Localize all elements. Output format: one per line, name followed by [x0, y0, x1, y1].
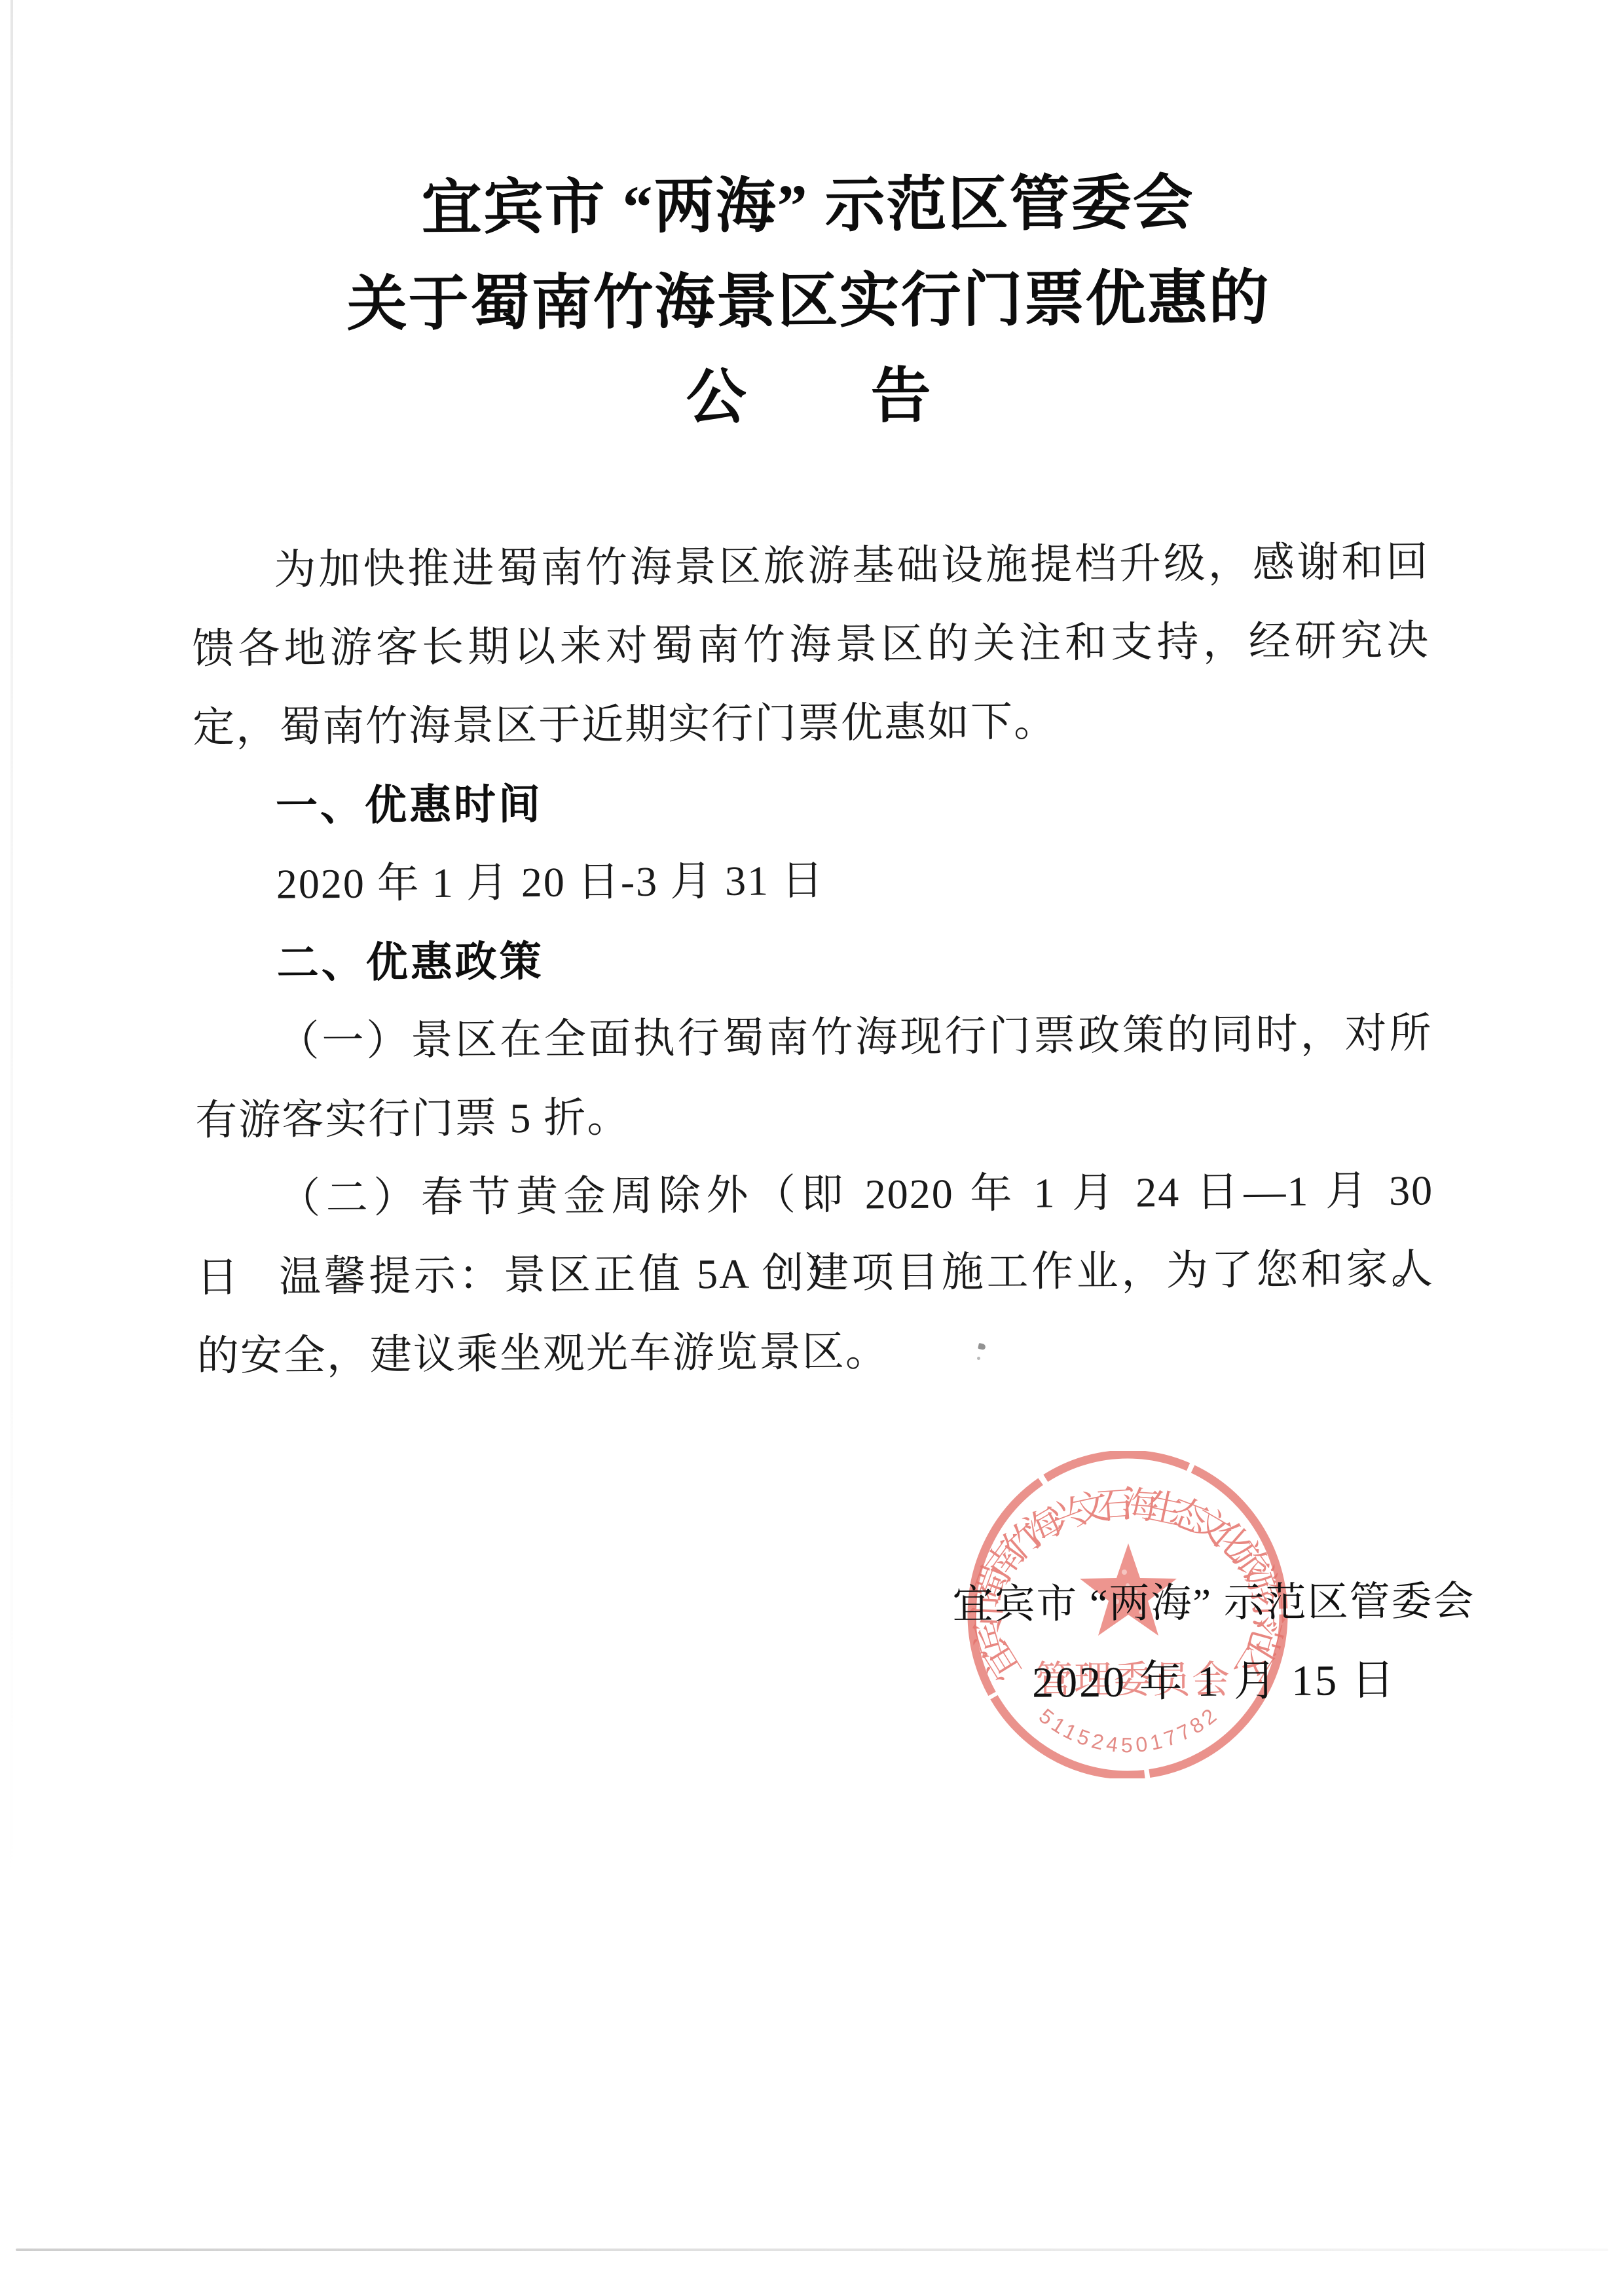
signature-date: 2020 年 1 月 15 日 — [788, 1655, 1624, 1709]
body-line: （二）春节黄金周除外（即 2020 年 1 月 24 日—1 月 30 日）。 — [196, 1151, 1434, 1238]
scan-edge-artifact-left — [10, 0, 13, 1899]
scanned-document-page: 宜宾市蜀南竹海兴文石海生态文化旅游示范区 管理委员会 5115245017782… — [0, 0, 1624, 2295]
body-line: 的安全，建议乘坐观光车游览景区。 — [196, 1308, 1435, 1395]
title-line-3: 公 告 — [190, 344, 1428, 449]
document-title: 宜宾市 “两海” 示范区管委会 关于蜀南竹海景区实行门票优惠的 公 告 — [189, 153, 1428, 449]
document-body: 为加快推进蜀南竹海景区旅游基础设施提档升级，感谢和回 馈各地游客长期以来对蜀南竹… — [191, 523, 1435, 1395]
signature-org: 宜宾市 “两海” 示范区管委会 — [788, 1577, 1624, 1629]
title-line-2: 关于蜀南竹海景区实行门票优惠的 — [189, 249, 1428, 353]
body-line: 为加快推进蜀南竹海景区旅游基础设施提档升级，感谢和回 — [191, 523, 1430, 610]
body-line: 定，蜀南竹海景区于近期实行门票优惠如下。 — [193, 680, 1431, 767]
body-line: 有游客实行门票 5 折。 — [195, 1073, 1433, 1160]
discount-period-line: 2020 年 1 月 20 日-3 月 31 日 — [193, 837, 1431, 924]
body-line: 馈各地游客长期以来对蜀南竹海景区的关注和支持，经研究决 — [192, 601, 1430, 688]
section-heading-1: 一、优惠时间 — [193, 758, 1431, 845]
body-line: 温馨提示：景区正值 5A 创建项目施工作业，为了您和家人 — [196, 1230, 1435, 1317]
document-content: 宜宾市 “两海” 示范区管委会 关于蜀南竹海景区实行门票优惠的 公 告 为加快推… — [187, 0, 1441, 2295]
section-heading-2: 二、优惠政策 — [194, 915, 1432, 1002]
title-line-1: 宜宾市 “两海” 示范区管委会 — [189, 153, 1427, 257]
body-line: （一）景区在全面执行蜀南竹海现行门票政策的同时，对所 — [194, 994, 1433, 1081]
